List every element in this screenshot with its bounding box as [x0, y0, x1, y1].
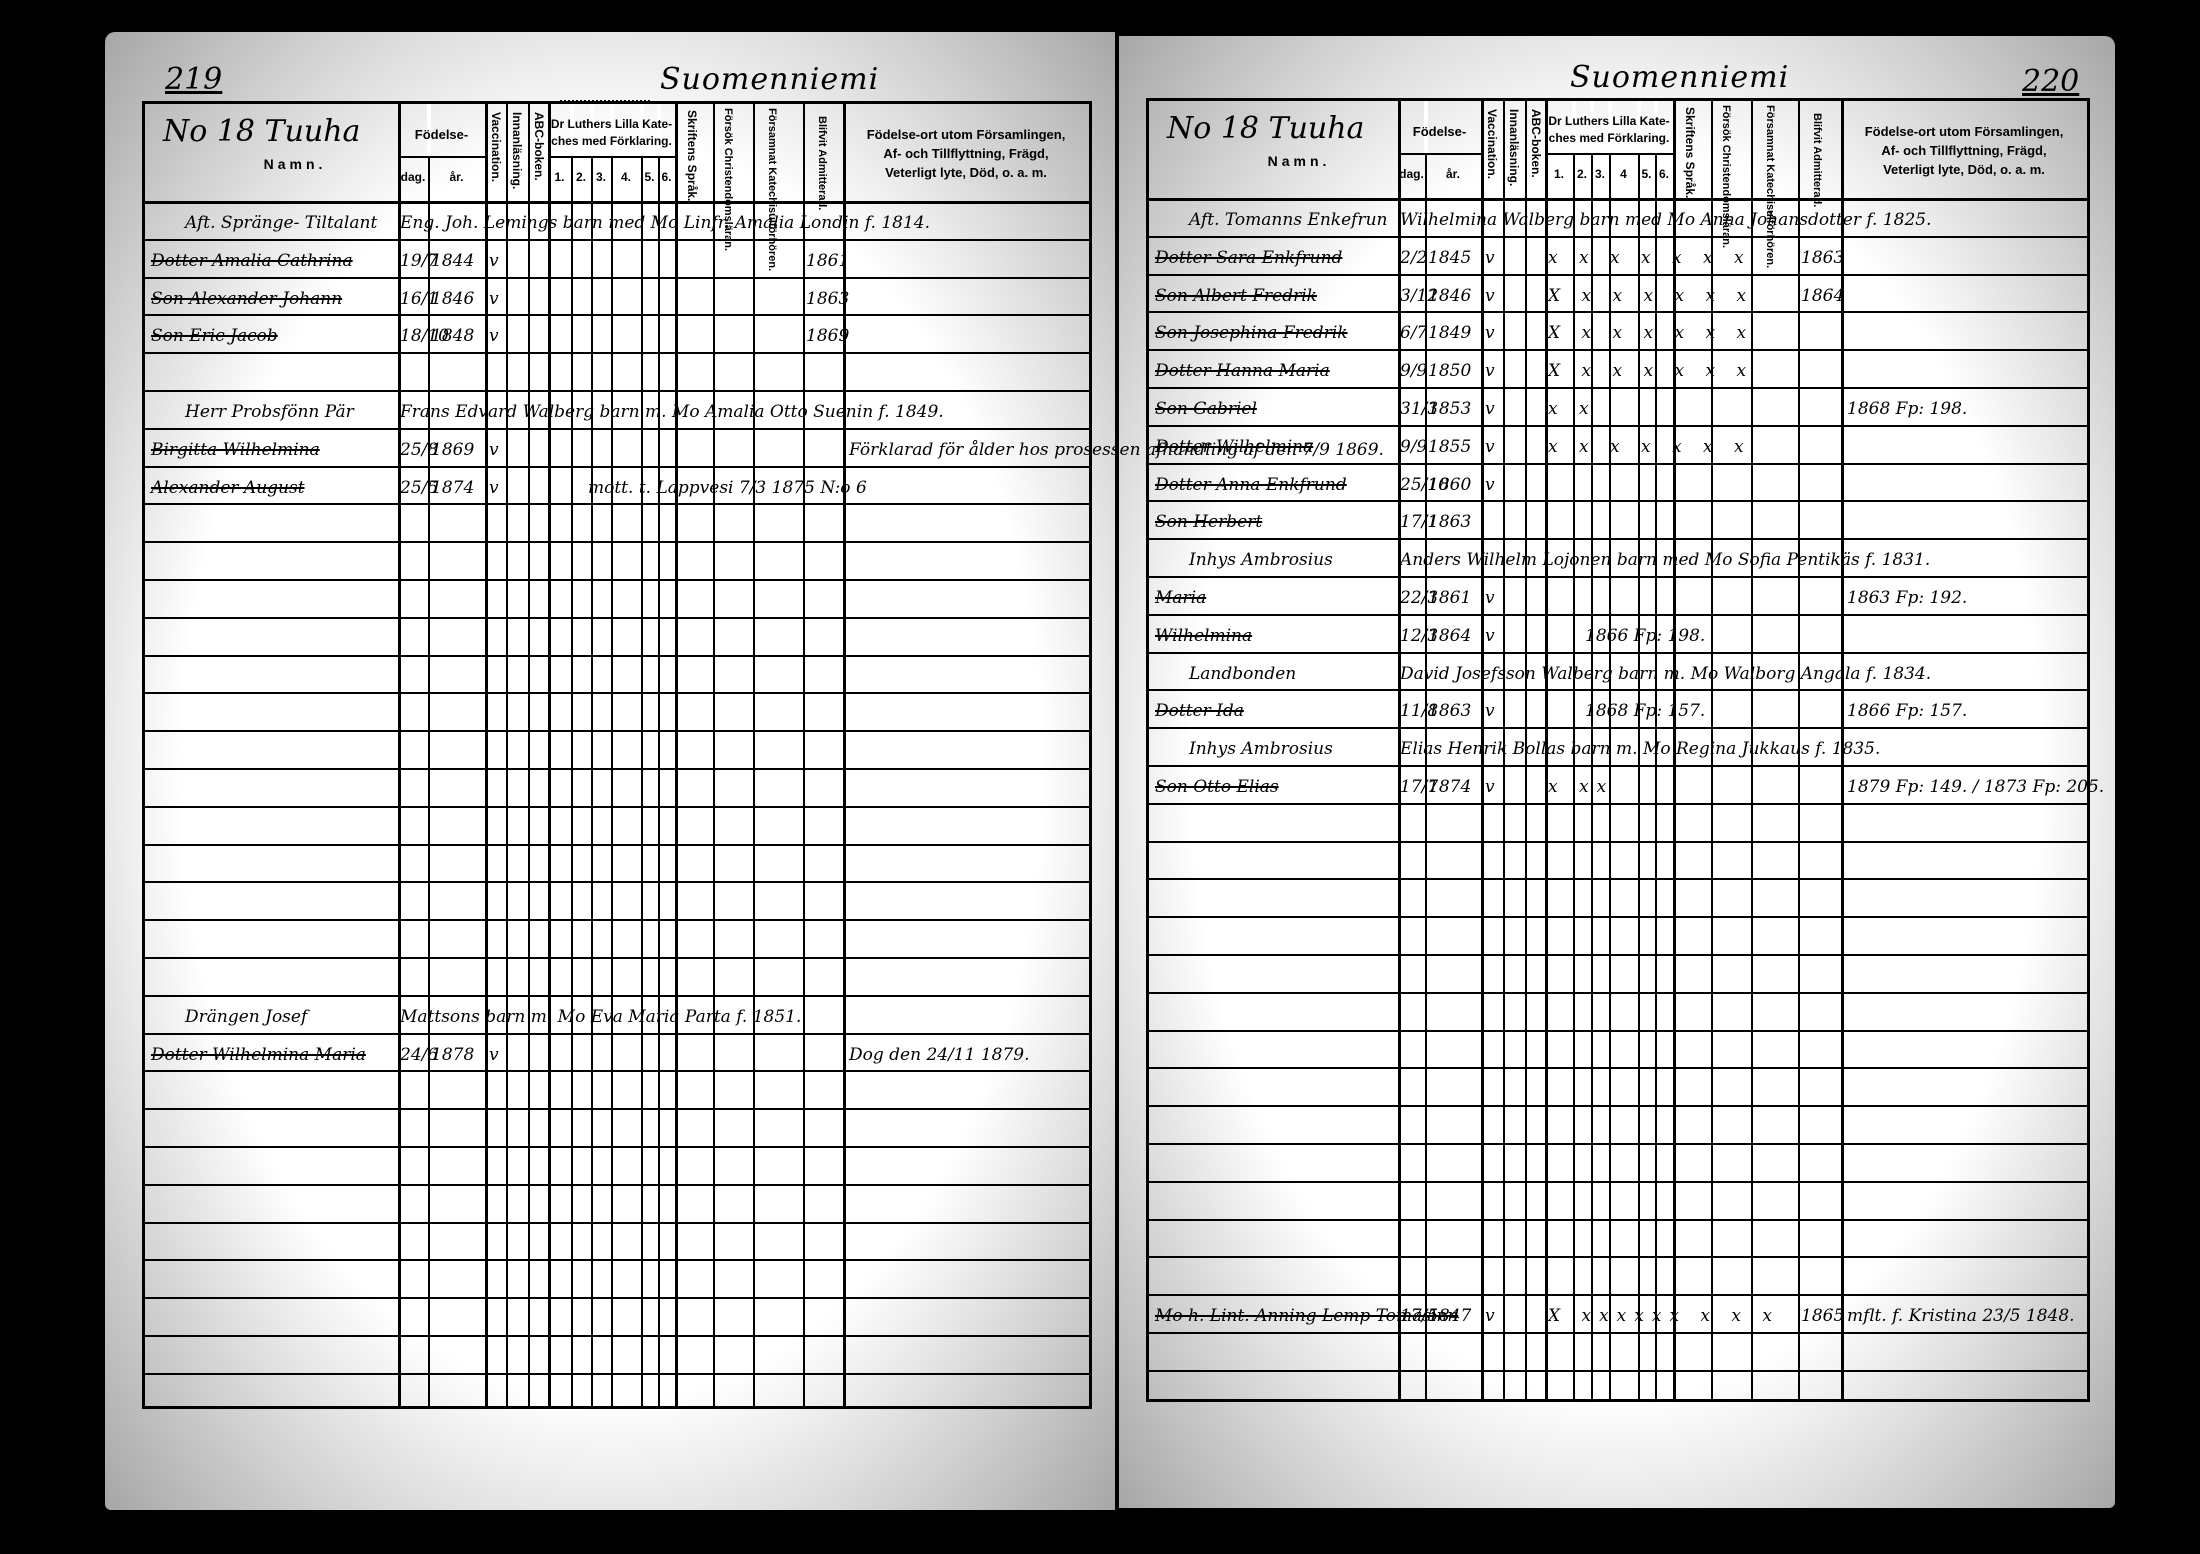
catechism-part-1-header: 1.: [1545, 166, 1573, 183]
entry-name: Dotter Wilhelmina Maria: [151, 1045, 366, 1065]
row-rule: [1149, 1219, 2087, 1221]
row-rule: [1149, 652, 2087, 654]
entry-name: Son Herbert: [1155, 512, 1262, 532]
row-rule: [145, 1108, 1089, 1110]
forsamnat-katechisul-header: Församnat Katechisulförhören.: [765, 108, 778, 194]
forsok-christendom-header: Försök Christendomsläran.: [1719, 105, 1732, 191]
entry-remarks: 1866 Fp: 157.: [1847, 701, 1967, 721]
header-bottom-rule: [1149, 198, 2087, 201]
blifvit-admitterad-header: Blifvit Admitterad.: [815, 116, 828, 186]
row-rule: [1149, 311, 2087, 313]
catechism-part-6-header: 6.: [1655, 166, 1673, 183]
name-column-header: Namn.: [205, 156, 385, 173]
entry-birth-year: 1874: [431, 478, 474, 498]
row-rule: [145, 995, 1089, 997]
column-rule-forsamnat: [753, 104, 755, 1406]
entry-birth-year: 1850: [1428, 361, 1471, 381]
row-rule: [145, 466, 1089, 468]
row-rule: [145, 919, 1089, 921]
entry-vaccination: v: [1485, 248, 1495, 268]
row-rule: [1149, 236, 2087, 238]
row-rule: [1149, 387, 2087, 389]
entry-note: mott. t. Lappvesi 7/3 1875 N:o 6: [588, 478, 867, 498]
entry-remarks: 1868 Fp: 198.: [1847, 399, 1967, 419]
entry-name: Dotter Ida: [1155, 701, 1244, 721]
entry-vaccination: v: [1485, 399, 1495, 419]
column-rule-cat2: [571, 104, 573, 1406]
row-rule: [1149, 614, 2087, 616]
entry-birth-day: 6/7: [1400, 323, 1427, 343]
entry-name: Dotter Amalia Cathrina: [151, 251, 353, 271]
fodelse-header: Födelse-: [1398, 123, 1481, 140]
entry-catechism-marks: x xx: [1548, 777, 1614, 797]
row-rule: [145, 768, 1089, 770]
row-rule: [145, 655, 1089, 657]
entry-birth-day: 9/9: [1400, 361, 1427, 381]
entry-birth-year: 1861: [1428, 588, 1471, 608]
household-head-title: Inhys Ambrosius: [1189, 550, 1333, 570]
right-parish-name: Suomenniemi: [1570, 60, 1789, 95]
entry-vaccination: v: [1485, 437, 1495, 457]
catechism-part-1-header: 1.: [548, 169, 571, 186]
fodelse-header: Födelse-: [398, 126, 485, 143]
dag-header: dag.: [398, 169, 428, 186]
abc-header: ABC-boken.: [532, 112, 545, 181]
entry-vaccination: v: [1485, 323, 1495, 343]
row-rule: [1149, 500, 2087, 502]
row-rule: [1149, 1067, 2087, 1069]
row-rule: [1149, 765, 2087, 767]
row-rule: [145, 617, 1089, 619]
entry-birth-year: 1849: [1428, 323, 1471, 343]
household-head-title: Landbonden: [1189, 664, 1296, 684]
row-rule: [145, 1335, 1089, 1337]
remarks-header-line2: Af- och Tillflyttning, Frägd,: [843, 145, 1089, 162]
entry-birth-year: 1844: [431, 251, 474, 271]
catechism-sub-rule: [548, 156, 675, 158]
entry-birth-year: 1878: [431, 1045, 474, 1065]
skriftens-sprak-header: Skriftens Språk.: [685, 110, 698, 201]
entry-catechism-marks: x x x x x x x: [1548, 248, 1752, 268]
entry-remarks: 1863 Fp: 192.: [1847, 588, 1967, 608]
column-rule-forsok: [713, 104, 715, 1406]
entry-note: 1868 Fp: 157.: [1585, 701, 1705, 721]
entry-vaccination: v: [489, 1045, 499, 1065]
entry-birth-day: 2/2: [1400, 248, 1427, 268]
row-rule: [1149, 1294, 2087, 1296]
entry-birth-day: 9/9: [1400, 437, 1427, 457]
entry-name: Dotter Anna Enkfrund: [1155, 475, 1347, 495]
column-rule-abc: [528, 104, 530, 1406]
household-head-title: Aft. Spränge- Tiltalant: [185, 213, 377, 233]
entry-catechism-marks: x x: [1548, 399, 1597, 419]
row-rule: [1149, 1181, 2087, 1183]
left-ledger-table: No 18 TuuhaNamn.Födelse-dag.år.Vaccinati…: [142, 101, 1092, 1409]
right-ledger-table: No 18 TuuhaNamn.Födelse-dag.år.Vaccinati…: [1146, 98, 2090, 1402]
row-rule: [1149, 992, 2087, 994]
catechism-part-4-header: 4: [1609, 166, 1638, 183]
entry-remarks: mflt. f. Kristina 23/5 1848.: [1847, 1306, 2075, 1326]
row-rule: [1149, 425, 2087, 427]
entry-catechism-marks: X xxxxxx x x x: [1548, 1306, 1780, 1326]
skriftens-sprak-header: Skriftens Språk.: [1683, 107, 1696, 198]
dag-header: dag.: [1398, 166, 1425, 183]
row-rule: [145, 579, 1089, 581]
left-parish-name: Suomenniemi: [660, 62, 879, 97]
entry-vaccination: v: [489, 478, 499, 498]
row-rule: [1149, 689, 2087, 691]
entry-vaccination: v: [489, 440, 499, 460]
household-head-title: Herr Probsfönn Pär: [185, 402, 354, 422]
entry-vaccination: v: [489, 326, 499, 346]
entry-vaccination: v: [1485, 361, 1495, 381]
entry-name: Son Josephina Fredrik: [1155, 323, 1348, 343]
entry-name: Birgitta Wilhelmina: [151, 440, 320, 460]
entry-catechism-marks: X x x x x x x: [1548, 323, 1754, 343]
row-rule: [145, 239, 1089, 241]
entry-admitted-year: 1869: [806, 326, 849, 346]
entry-name: Dotter Hanna Maria: [1155, 361, 1330, 381]
entry-vaccination: v: [1485, 701, 1495, 721]
row-rule: [145, 806, 1089, 808]
right-page-number: 220: [2022, 64, 2079, 99]
column-rule-cat4: [611, 104, 613, 1406]
catechism-part-2-header: 2.: [1573, 166, 1591, 183]
row-rule: [145, 352, 1089, 354]
entry-birth-year: 1869: [431, 440, 474, 460]
fodelse-sub-rule: [1398, 153, 1481, 155]
household-head-title: Inhys Ambrosius: [1189, 739, 1333, 759]
entry-vaccination: v: [489, 251, 499, 271]
catechism-header-line1: Dr Luthers Lilla Kate-: [548, 116, 675, 133]
row-rule: [145, 428, 1089, 430]
entry-birth-year: 1864: [1428, 626, 1471, 646]
row-rule: [145, 730, 1089, 732]
row-rule: [145, 1222, 1089, 1224]
column-rule-cat5: [641, 104, 643, 1406]
entry-admitted-year: 1863: [806, 289, 849, 309]
name-column-header: Namn.: [1209, 153, 1389, 170]
house-title: No 18 Tuuha: [163, 114, 360, 149]
row-rule: [1149, 727, 2087, 729]
remarks-header-line2: Af- och Tillflyttning, Frägd,: [1841, 142, 2087, 159]
row-rule: [1149, 349, 2087, 351]
household-head-title: Aft. Tomanns Enkefrun: [1189, 210, 1387, 230]
row-rule: [1149, 1105, 2087, 1107]
ar-header: år.: [1425, 166, 1481, 183]
row-rule: [145, 1373, 1089, 1375]
entry-name: Dotter Sara Enkfrund: [1155, 248, 1342, 268]
entry-admitted-year: 1864: [1801, 286, 1844, 306]
entry-birth-year: 1874: [1428, 777, 1471, 797]
entry-name: Alexander August: [151, 478, 305, 498]
entry-admitted-year: 1865: [1801, 1306, 1844, 1326]
entry-admitted-year: 1863: [1801, 248, 1844, 268]
row-rule: [1149, 878, 2087, 880]
catechism-header-line1: Dr Luthers Lilla Kate-: [1545, 113, 1673, 130]
entry-vaccination: v: [1485, 626, 1495, 646]
entry-birth-year: 1855: [1428, 437, 1471, 457]
row-rule: [1149, 803, 2087, 805]
row-rule: [145, 390, 1089, 392]
catechism-part-6-header: 6.: [658, 169, 675, 186]
blifvit-admitterad-header: Blifvit Admitterad.: [1810, 113, 1823, 183]
catechism-sub-rule: [1545, 153, 1673, 155]
remarks-header-line3: Veterligt lyte, Död, o. a. m.: [843, 164, 1089, 181]
column-rule-skriftens: [675, 104, 678, 1406]
forsamnat-katechisul-header: Församnat Katechisulförhören.: [1763, 105, 1776, 191]
entry-name: Dotter Wilhelmina: [1155, 437, 1313, 457]
column-rule-blifvit: [803, 104, 805, 1406]
entry-birth-year: 1845: [1428, 248, 1471, 268]
entry-name: Son Gabriel: [1155, 399, 1257, 419]
ar-header: år.: [428, 169, 485, 186]
vaccination-header: Vaccination.: [489, 112, 502, 182]
entry-name: Wilhelmina: [1155, 626, 1252, 646]
forsok-christendom-header: Försök Christendomsläran.: [721, 108, 734, 194]
catechism-part-3-header: 3.: [1591, 166, 1609, 183]
row-rule: [1149, 1030, 2087, 1032]
entry-birth-year: 1846: [1428, 286, 1471, 306]
catechism-part-3-header: 3.: [591, 169, 611, 186]
entry-vaccination: v: [489, 289, 499, 309]
entry-admitted-year: 1861: [806, 251, 849, 271]
entry-catechism-marks: X x x x x x x: [1548, 361, 1754, 381]
row-rule: [145, 503, 1089, 505]
column-rule-vaccination: [485, 104, 488, 1406]
entry-name: Son Eric Jacob: [151, 326, 278, 346]
row-rule: [1149, 841, 2087, 843]
entry-birth-year: 1846: [431, 289, 474, 309]
entry-name: Maria: [1155, 588, 1206, 608]
entry-birth-year: 1848: [431, 326, 474, 346]
household-head-title: Drängen Josef: [185, 1007, 307, 1027]
column-rule-innanlasning: [506, 104, 508, 1406]
column-rule-cat6: [658, 104, 660, 1406]
innanlasning-header: Innanläsning.: [510, 112, 523, 189]
entry-birth-year: 1853: [1428, 399, 1471, 419]
entry-name: Son Albert Fredrik: [1155, 286, 1317, 306]
entry-catechism-marks: X x x x x x x: [1548, 286, 1754, 306]
remarks-header-line1: Födelse-ort utom Församlingen,: [843, 126, 1089, 143]
book-gutter: [1115, 30, 1119, 1520]
row-rule: [1149, 463, 2087, 465]
entry-birth-year: 1863: [1428, 512, 1471, 532]
entry-birth-year: 1860: [1428, 475, 1471, 495]
row-rule: [145, 541, 1089, 543]
catechism-part-5-header: 5.: [641, 169, 658, 186]
row-rule: [1149, 916, 2087, 918]
entry-vaccination: v: [1485, 286, 1495, 306]
row-rule: [1149, 1143, 2087, 1145]
catechism-header-line2: ches med Förklaring.: [548, 133, 675, 150]
entry-remarks: 1879 Fp: 149. / 1873 Fp: 205.: [1847, 777, 2104, 797]
entry-name: Son Otto Elias: [1155, 777, 1279, 797]
entry-catechism-marks: x x x x x x x: [1548, 437, 1752, 457]
row-rule: [1149, 274, 2087, 276]
row-rule: [145, 314, 1089, 316]
row-rule: [145, 1297, 1089, 1299]
innanlasning-header: Innanläsning.: [1507, 109, 1520, 186]
row-rule: [145, 1184, 1089, 1186]
row-rule: [145, 881, 1089, 883]
remarks-header-line1: Födelse-ort utom Församlingen,: [1841, 123, 2087, 140]
row-rule: [145, 1033, 1089, 1035]
catechism-part-5-header: 5.: [1638, 166, 1655, 183]
entry-vaccination: v: [1485, 777, 1495, 797]
household-head-detail: Eng. Joh. Lemings barn med Mo Linfr. Ama…: [400, 213, 930, 233]
row-rule: [1149, 1332, 2087, 1334]
household-head-detail: Wilhelmina Walberg barn med Mo Anna Joha…: [1400, 210, 1932, 230]
entry-remarks: Dog den 24/11 1879.: [849, 1045, 1030, 1065]
abc-header: ABC-boken.: [1529, 109, 1542, 178]
household-head-detail: Anders Wilhelm Lojonen barn med Mo Sofia…: [1400, 550, 1930, 570]
vaccination-header: Vaccination.: [1485, 109, 1498, 179]
row-rule: [145, 1070, 1089, 1072]
column-rule-cat1: [548, 104, 551, 1406]
household-head-detail: Frans Edvard Walberg barn m. Mo Amalia O…: [400, 402, 944, 422]
catechism-part-4-header: 4.: [611, 169, 641, 186]
row-rule: [145, 277, 1089, 279]
row-rule: [145, 1146, 1089, 1148]
household-head-detail: David Josefsson Walberg barn m. Mo Walbo…: [1400, 664, 1931, 684]
fodelse-sub-rule: [398, 156, 485, 158]
left-page-number: 219: [165, 62, 222, 97]
header-bottom-rule: [145, 201, 1089, 204]
entry-note: 1866 Fp: 198.: [1585, 626, 1705, 646]
column-rule-cat3: [591, 104, 593, 1406]
house-title: No 18 Tuuha: [1167, 111, 1364, 146]
entry-vaccination: v: [1485, 475, 1495, 495]
row-rule: [145, 692, 1089, 694]
row-rule: [1149, 538, 2087, 540]
catechism-header-line2: ches med Förklaring.: [1545, 130, 1673, 147]
row-rule: [1149, 1370, 2087, 1372]
row-rule: [1149, 954, 2087, 956]
row-rule: [145, 1259, 1089, 1261]
row-rule: [1149, 576, 2087, 578]
entry-vaccination: v: [1485, 588, 1495, 608]
entry-birth-year: 1847: [1428, 1306, 1471, 1326]
entry-birth-year: 1863: [1428, 701, 1471, 721]
household-head-detail: Mattsons barn m. Mo Eva Maria Parta f. 1…: [400, 1007, 801, 1027]
row-rule: [145, 957, 1089, 959]
household-head-detail: Elias Henrik Bollas barn m. Mo Regina Ju…: [1400, 739, 1880, 759]
entry-name: Son Alexander Johann: [151, 289, 342, 309]
catechism-part-2-header: 2.: [571, 169, 591, 186]
row-rule: [145, 844, 1089, 846]
row-rule: [1149, 1256, 2087, 1258]
entry-vaccination: v: [1485, 1306, 1495, 1326]
remarks-header-line3: Veterligt lyte, Död, o. a. m.: [1841, 161, 2087, 178]
